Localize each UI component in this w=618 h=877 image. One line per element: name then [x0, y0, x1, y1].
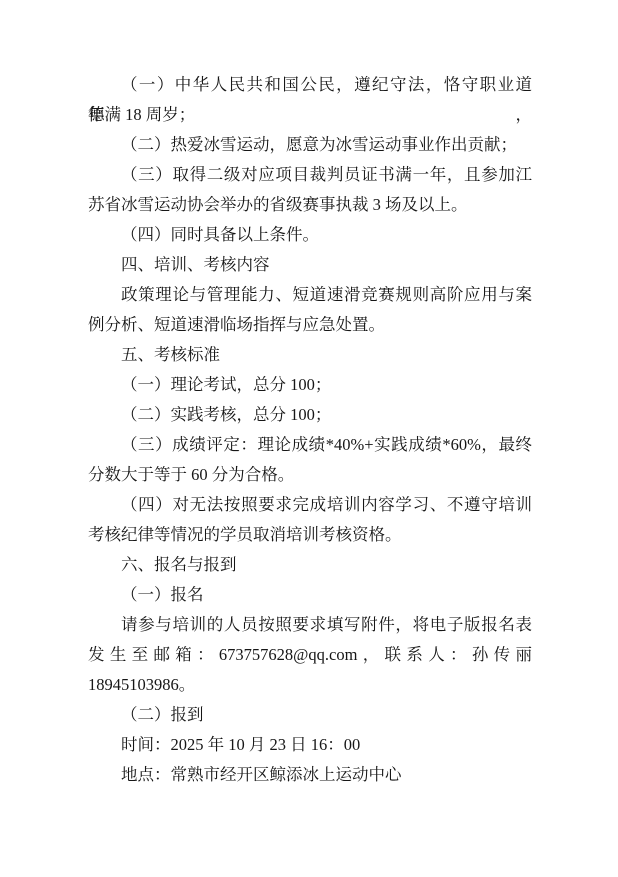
document-text-block: （一）中华人民共和国公民，遵纪守法，恪守职业道德，年满 18 周岁；（二）热爱冰…	[88, 70, 532, 790]
text-line: （四）同时具备以上条件。	[88, 220, 532, 250]
document-page: （一）中华人民共和国公民，遵纪守法，恪守职业道德，年满 18 周岁；（二）热爱冰…	[0, 0, 618, 877]
text-line: 苏省冰雪运动协会举办的省级赛事执裁 3 场及以上。	[88, 190, 532, 220]
text-line: 考核纪律等情况的学员取消培训考核资格。	[88, 520, 532, 550]
text-line: 例分析、短道速滑临场指挥与应急处置。	[88, 310, 532, 340]
text-line: （三）取得二级对应项目裁判员证书满一年，且参加江	[88, 160, 532, 190]
text-line: （一）中华人民共和国公民，遵纪守法，恪守职业道德，	[88, 70, 532, 100]
text-line: 时间：2025 年 10 月 23 日 16：00	[88, 730, 532, 760]
text-line: （三）成绩评定：理论成绩*40%+实践成绩*60%，最终	[88, 430, 532, 460]
text-line: （二）实践考核，总分 100；	[88, 400, 532, 430]
text-line: （一）理论考试，总分 100；	[88, 370, 532, 400]
text-line: （二）热爱冰雪运动，愿意为冰雪运动事业作出贡献；	[88, 130, 532, 160]
text-line: （一）报名	[88, 580, 532, 610]
text-line: 18945103986。	[88, 670, 532, 700]
text-line: 四、培训、考核内容	[88, 250, 532, 280]
text-line: 发生至邮箱：673757628@qq.com，联系人：孙传丽	[88, 640, 532, 670]
text-line: 六、报名与报到	[88, 550, 532, 580]
text-line: 地点：常熟市经开区鲸添冰上运动中心	[88, 760, 532, 790]
text-line: （四）对无法按照要求完成培训内容学习、不遵守培训	[88, 490, 532, 520]
text-line: （二）报到	[88, 700, 532, 730]
text-line: 政策理论与管理能力、短道速滑竞赛规则高阶应用与案	[88, 280, 532, 310]
text-line: 分数大于等于 60 分为合格。	[88, 460, 532, 490]
text-line: 五、考核标准	[88, 340, 532, 370]
text-line: 请参与培训的人员按照要求填写附件，将电子版报名表	[88, 610, 532, 640]
